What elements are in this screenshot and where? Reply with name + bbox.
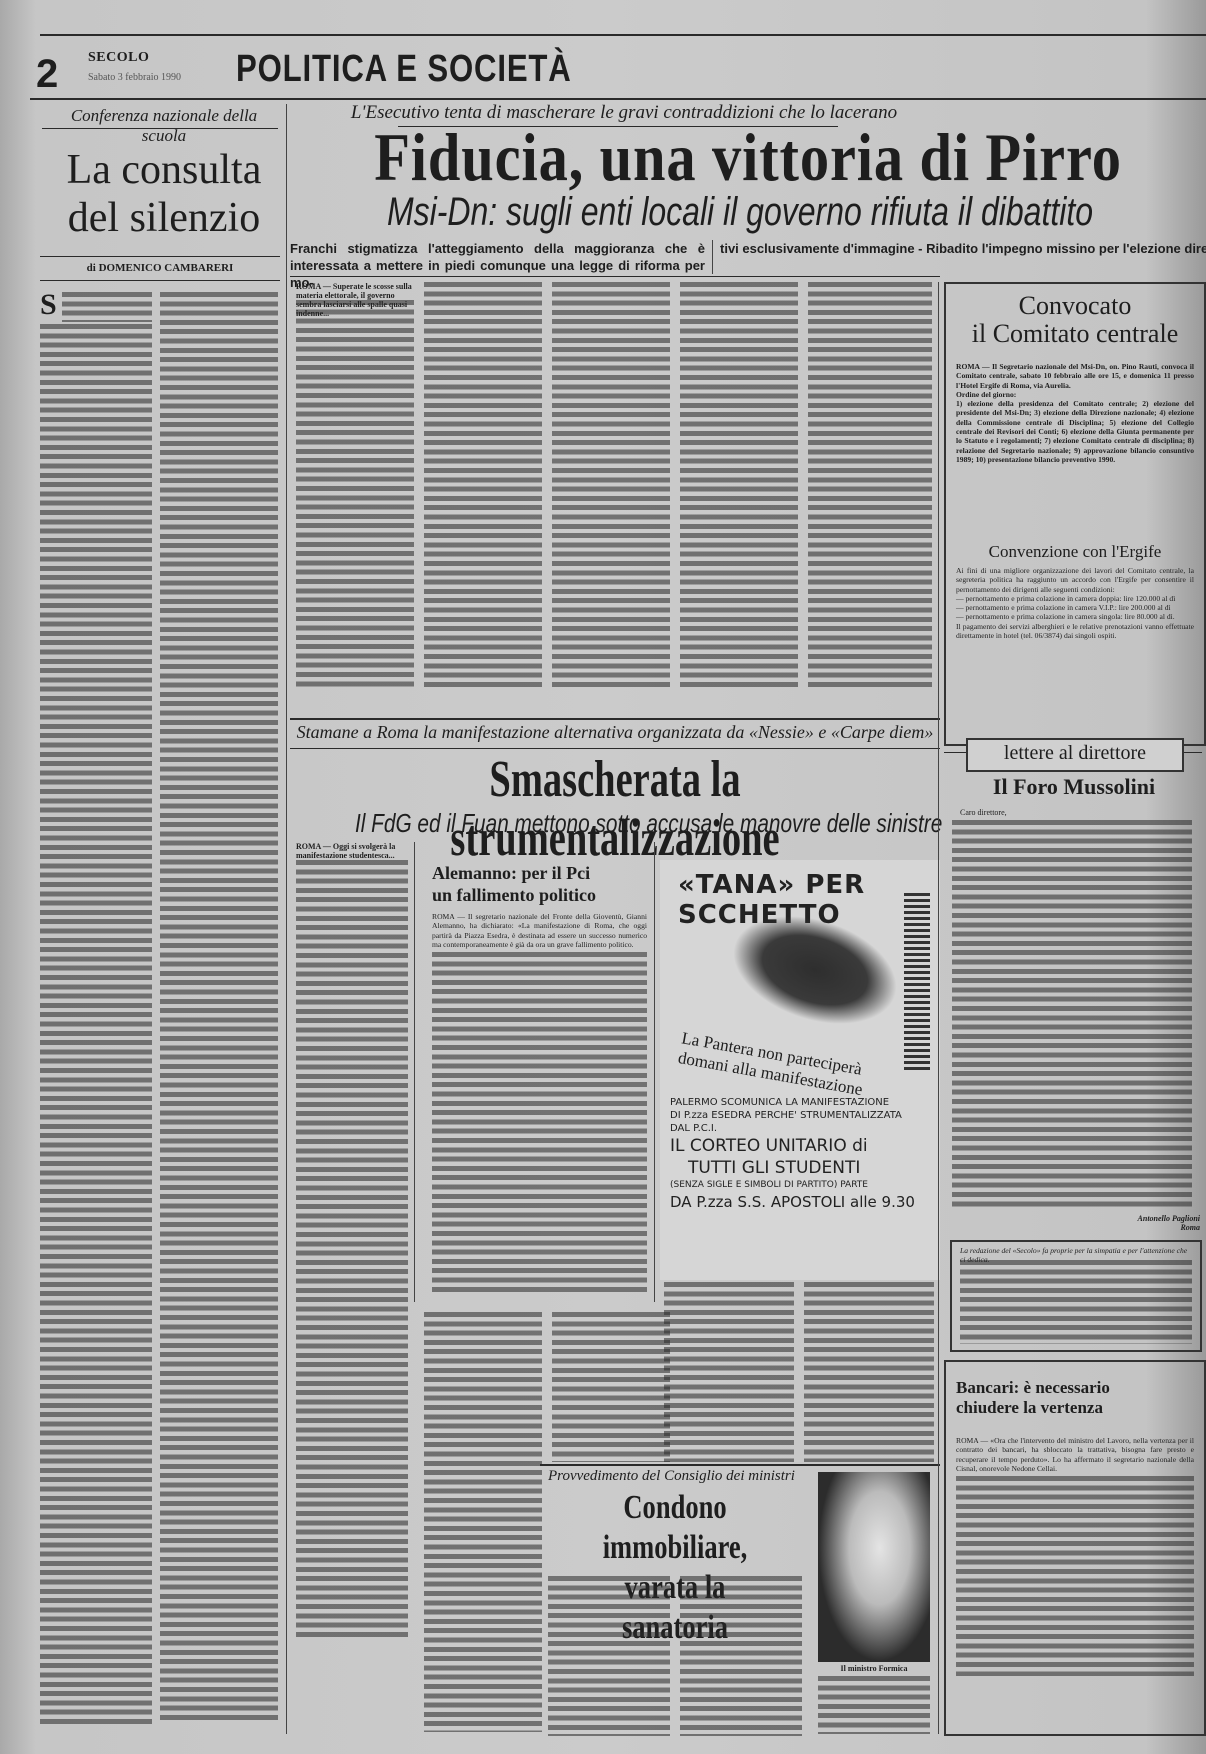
bancari-box: Bancari: è necessario chiudere la verten… [944,1360,1206,1736]
lead-body-col4 [680,282,798,690]
letters-salutation: Caro direttore, [960,808,1007,817]
alemanno-body-start: ROMA — Il segretario nazionale del Front… [432,912,647,949]
cartoon-hand-line5: TUTTI GLI STUDENTI [670,1157,936,1179]
cartoon-hatching [904,890,930,1070]
second-body-dateline: ROMA — Oggi si svolgerà la manifestazion… [296,842,408,860]
condono-body-col1 [548,1576,670,1736]
comitato-headline: Convocato il Comitato centrale [946,292,1204,348]
dateline: Sabato 3 febbraio 1990 [88,72,181,83]
letters-body [952,820,1192,1210]
alemanno-body [432,952,647,1292]
cartoon-handwriting: PALERMO SCOMUNICA LA MANIFESTAZIONE DI P… [670,1096,936,1212]
left-kicker: Conferenza nazionale della scuola [50,106,278,146]
cartoon-hand-line4: IL CORTEO UNITARIO di [670,1135,936,1157]
left-kicker-rule [42,128,278,129]
alemanno-headline: Alemanno: per il Pci un fallimento polit… [432,862,642,906]
lead-body-col3 [552,282,670,690]
letters-signature-city: Roma [1060,1223,1200,1232]
ergife-subhead: Convenzione con l'Ergife [946,542,1204,562]
cartoon-article-col1 [664,1282,794,1462]
lead-body-col1 [296,300,414,690]
masthead: SECOLO [88,50,149,66]
comitato-headline-line2: il Comitato centrale [946,320,1204,348]
header-top-rule [40,34,1206,36]
bancari-headline-line2: chiudere la vertenza [956,1398,1194,1418]
condono-headline-line1: Condono immobiliare, [570,1488,781,1568]
left-body-col1 [40,324,152,1724]
left-column-divider [286,104,287,1734]
lead-body-col2 [424,282,542,690]
ergife-rate-1: — pernottamento e prima colazione in cam… [956,594,1194,603]
alemanno-divider-right [654,842,655,1302]
alemanno-headline-line2: un fallimento politico [432,884,642,906]
byline-bottom-rule [40,280,280,281]
comitato-headline-line1: Convocato [946,292,1204,320]
bancari-headline: Bancari: è necessario chiudere la verten… [956,1378,1194,1418]
alemanno-divider-left [414,842,415,1302]
condono-top-rule [540,1464,940,1466]
newspaper-page: 2 SECOLO Sabato 3 febbraio 1990 POLITICA… [0,0,1206,1754]
letters-section-label: lettere al direttore [968,742,1182,765]
drop-cap: S [40,288,57,322]
section-title: POLITICA E SOCIETÀ [236,48,572,91]
cartoon-hand-line2: DI P.zza ESEDRA PERCHE' STRUMENTALIZZATA [670,1109,936,1122]
alemanno-headline-line1: Alemanno: per il Pci [432,862,642,884]
ergife-rate-3: — pernottamento e prima colazione in cam… [956,612,1194,621]
second-subheadline: Il FdG ed il Fuan mettono sotto accusa l… [355,808,875,839]
comitato-agenda-title: Ordine del giorno: [956,390,1194,399]
second-kicker: Stamane a Roma la manifestazione alterna… [290,722,940,743]
letters-label-box: lettere al direttore [966,738,1184,772]
letters-signature-name: Antonello Paglioni [1060,1214,1200,1223]
left-body-col1-start [62,292,152,322]
bancari-body-start: ROMA — «Ora che l'intervento del ministr… [956,1436,1194,1473]
cartoon-hand-line3: DAL P.C.I. [670,1122,936,1135]
lead-body-col5 [808,282,932,690]
left-headline-line2: del silenzio [50,194,278,242]
byline: di DOMENICO CAMBARERI [40,262,280,274]
ergife-intro: Ai fini di una migliore organizzazione d… [956,566,1194,594]
letters-signature: Antonello Paglioni Roma [1060,1214,1200,1232]
condono-body-col3 [818,1676,930,1734]
byline-top-rule [40,256,280,257]
right-column-divider [938,282,939,1734]
left-headline-line1: La consulta [50,146,278,194]
second-kicker-rule [290,748,940,749]
cartoon-article-col2 [804,1282,934,1462]
ergife-body: Ai fini di una migliore organizzazione d… [956,566,1194,640]
cartoon-hand-line7: DA P.zza S.S. APOSTOLI alle 9.30 [670,1192,936,1212]
second-body-col2 [424,1312,542,1732]
formica-photo [818,1472,930,1662]
cartoon-illustration: «TANA» PER SCCHETTO La Pantera non parte… [660,860,940,1280]
left-body-col2 [160,292,278,1724]
comitato-body: ROMA — Il Segretario nazionale del Msi-D… [956,362,1194,464]
left-headline: La consulta del silenzio [50,146,278,242]
condono-kicker: Provvedimento del Consiglio dei ministri [548,1468,808,1485]
cartoon-hand-line6: (SENZA SIGLE E SIMBOLI DI PARTITO) PARTE [670,1179,936,1192]
second-article-top-rule [290,718,940,720]
comitato-intro: ROMA — Il Segretario nazionale del Msi-D… [956,362,1194,390]
lead-deck-right: tivi esclusivamente d'immagine - Ribadit… [720,240,1206,257]
page-number: 2 [36,52,58,97]
photo-caption: Il ministro Formica [818,1664,930,1673]
comitato-box: Convocato il Comitato centrale ROMA — Il… [944,282,1206,746]
second-body-col1 [296,860,408,1640]
bancari-body [956,1476,1194,1676]
condono-body-col2 [680,1576,802,1736]
lead-headline: Fiducia, una vittoria di Pirro [354,118,1142,197]
lead-deck-rule [290,276,940,277]
second-body-col3 [552,1312,670,1462]
ergife-rate-2: — pernottamento e prima colazione in cam… [956,603,1194,612]
deck-divider [712,240,713,274]
editor-reply-body [960,1260,1192,1344]
header-bottom-rule [30,98,1206,100]
ergife-closing: Il pagamento dei servizi alberghieri e l… [956,622,1194,641]
editor-reply-box: La redazione del «Secolo» fa proprie per… [950,1240,1202,1352]
comitato-agenda: 1) elezione della presidenza del Comitat… [956,399,1194,464]
lead-subheadline: Msi-Dn: sugli enti locali il governo rif… [380,190,1100,235]
letters-headline: Il Foro Mussolini [944,774,1204,800]
cartoon-hand-line1: PALERMO SCOMUNICA LA MANIFESTAZIONE [670,1096,936,1109]
bancari-headline-line1: Bancari: è necessario [956,1378,1194,1398]
